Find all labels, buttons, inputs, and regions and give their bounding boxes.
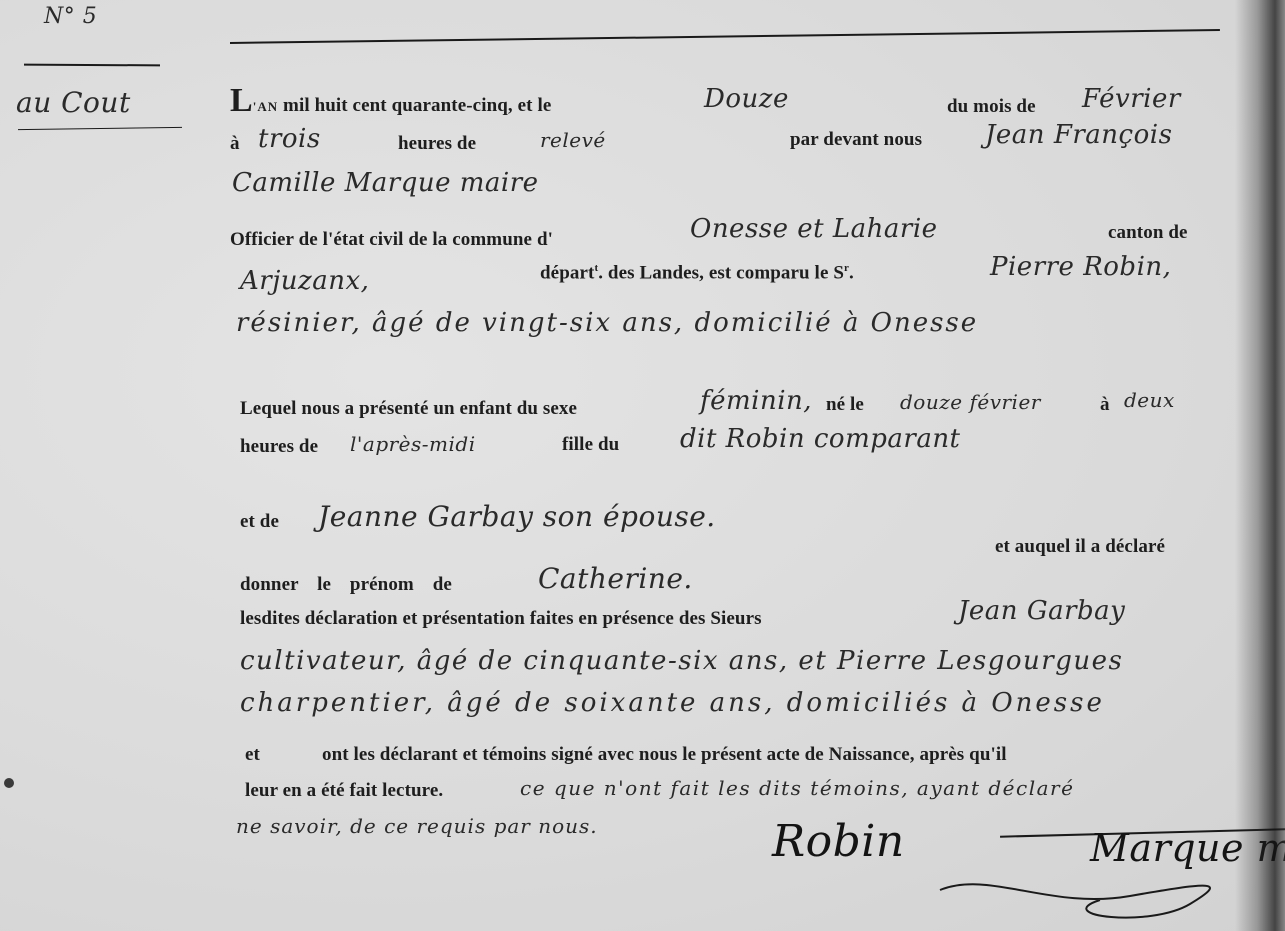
birth-date-handwritten: douze février (900, 390, 1041, 414)
drop-cap-letter: L (230, 82, 253, 119)
signed-and-label: et (245, 744, 260, 766)
time-handwritten: relevé (540, 128, 606, 152)
birth-day-handwritten: Douze (704, 84, 789, 114)
witness-1-details-handwritten: cultivateur, âgé de cinquante-six ans, e… (240, 646, 1123, 676)
declared-label: et auquel il a déclaré (995, 536, 1165, 558)
witness-2-details-handwritten: charpentier, âgé de soixante ans, domici… (240, 688, 1105, 718)
ink-stain (4, 778, 14, 788)
canton-handwritten: Arjuzanx, (240, 266, 369, 296)
header-rule (230, 29, 1220, 44)
and-of-label: et de (240, 511, 279, 533)
note-line-1-handwritten: ce que n'ont fait les dits témoins, ayan… (520, 776, 1074, 800)
binding-shadow (1235, 0, 1285, 931)
birth-hour-handwritten: deux (1124, 388, 1175, 412)
officer-name-part2: Camille Marque maire (232, 168, 539, 198)
line-1-printed: L'AN mil huit cent quarante-cinq, et le (230, 84, 551, 118)
mother-handwritten: Jeanne Garbay son épouse. (318, 500, 716, 533)
margin-entry-number: N° 5 (44, 4, 97, 29)
child-sex-handwritten: féminin, (700, 386, 812, 416)
landes-text: . des Landes, est comparu le S (598, 262, 844, 283)
declarant-name-handwritten: Pierre Robin, (990, 252, 1171, 282)
child-first-name-handwritten: Catherine. (538, 562, 693, 595)
witnesses-label: lesdites déclaration et présentation fai… (240, 608, 762, 630)
hour-handwritten: trois (258, 124, 321, 154)
year-text: mil huit cent quarante-cinq, et le (283, 95, 551, 116)
born-label: né le (826, 394, 864, 416)
period-text: . (849, 262, 854, 283)
margin-divider-top (24, 64, 160, 67)
canton-label: canton de (1108, 222, 1188, 244)
signature-robin: Robin (772, 816, 905, 867)
at-label: à (1100, 394, 1110, 416)
officer-label: par devant nous (790, 129, 922, 151)
note-line-2-handwritten: ne savoir, de ce requis par nous. (236, 814, 598, 838)
margin-divider-bottom (18, 127, 182, 130)
month-handwritten: Février (1082, 84, 1181, 114)
reading-label: leur en a été fait lecture. (245, 780, 443, 802)
witness-1-name-handwritten: Jean Garbay (958, 596, 1125, 626)
commune-label: Officier de l'état civil de la commune d… (230, 229, 553, 251)
daughter-of-label: fille du (562, 434, 619, 456)
hours-label: heures de (398, 133, 476, 155)
month-label: du mois de (947, 96, 1036, 118)
signed-text: ont les déclarant et témoins signé avec … (322, 744, 1007, 766)
commune-handwritten: Onesse et Laharie (690, 214, 938, 244)
declarant-details-handwritten: résinier, âgé de vingt-six ans, domicili… (236, 308, 978, 338)
first-name-label: donner le prénom de (240, 574, 452, 596)
depart-text: départ (540, 262, 594, 283)
officer-name-part1: Jean François (985, 120, 1172, 150)
department-label: départt. des Landes, est comparu le Sr. (540, 262, 854, 284)
signature-flourish-icon (930, 860, 1250, 920)
smallcaps-an: 'AN (253, 99, 278, 114)
hours-of-label: heures de (240, 436, 318, 458)
document-page: N° 5 au Cout L'AN mil huit cent quarante… (0, 0, 1285, 931)
child-presented-label: Lequel nous a présenté un enfant du sexe (240, 398, 577, 420)
day-period-handwritten: l'après-midi (350, 432, 476, 456)
father-handwritten: dit Robin comparant (680, 424, 961, 454)
line-2-a: à (230, 133, 240, 155)
margin-surname-note: au Cout (16, 86, 131, 119)
